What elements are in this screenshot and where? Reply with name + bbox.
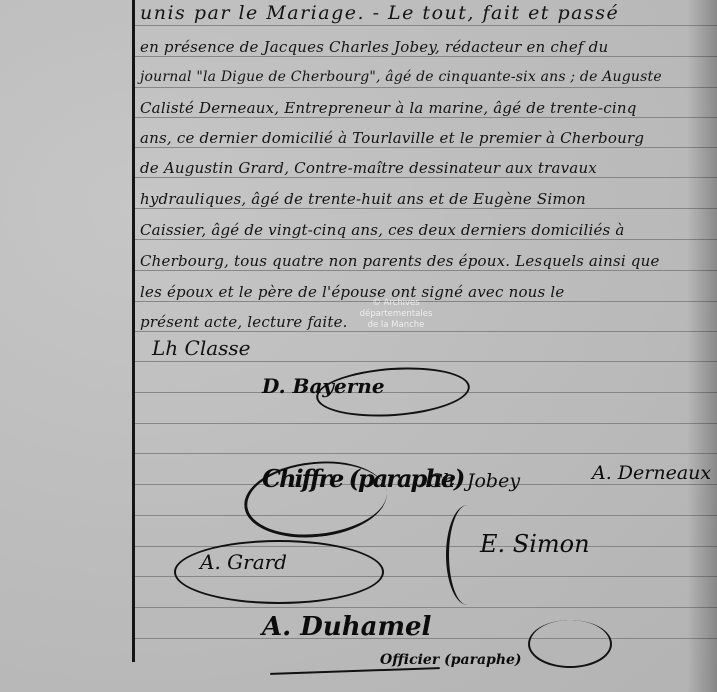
- record-line: journal "la Digue de Cherbourg", âgé de …: [140, 69, 662, 85]
- archive-watermark: © Archives départementales de la Manche: [336, 298, 456, 331]
- record-line: Calisté Derneaux, Entrepreneur à la mari…: [140, 99, 637, 117]
- signature-flourish: [528, 620, 612, 668]
- record-line: ans, ce dernier domicilié à Tourlaville …: [140, 129, 644, 147]
- ruled-line: [135, 607, 717, 608]
- signature-simon: E. Simon: [480, 530, 590, 558]
- signature-bayerne: D. Bayerne: [262, 374, 385, 398]
- ruled-line: [135, 87, 717, 88]
- ruled-line: [135, 270, 717, 271]
- ruled-line: [135, 177, 717, 178]
- signature-grard: A. Grard: [200, 550, 287, 574]
- record-line: hydrauliques, âgé de trente-huit ans et …: [140, 190, 586, 208]
- ruled-line: [135, 25, 717, 26]
- ruled-line: [135, 56, 717, 57]
- record-line: de Augustin Grard, Contre-maître dessina…: [140, 159, 597, 177]
- ruled-line: [135, 423, 717, 424]
- ruled-line: [135, 208, 717, 209]
- signature-derneaux: A. Derneaux: [592, 462, 711, 484]
- record-line: unis par le Mariage. - Le tout, fait et …: [140, 2, 619, 24]
- ruled-line: [135, 515, 717, 516]
- ruled-line: [135, 453, 717, 454]
- signature-underline: [270, 667, 440, 675]
- document-page: unis par le Mariage. - Le tout, fait et …: [0, 0, 717, 692]
- record-line: en présence de Jacques Charles Jobey, ré…: [140, 38, 608, 56]
- class-annotation: Lh Classe: [152, 336, 251, 360]
- ruled-line: [135, 361, 717, 362]
- record-line: Cherbourg, tous quatre non parents des é…: [140, 252, 660, 270]
- record-line: Caissier, âgé de vingt-cinq ans, ces deu…: [140, 221, 625, 239]
- signature-duhamel: A. Duhamel: [262, 612, 431, 642]
- ruled-line: [135, 239, 717, 240]
- signature-paraphe-officer: Officier (paraphe): [380, 652, 522, 668]
- ruled-line: [135, 331, 717, 332]
- ruled-line: [135, 117, 717, 118]
- record-line: présent acte, lecture faite.: [140, 313, 348, 331]
- ruled-line: [135, 147, 717, 148]
- signature-jobey: Ch. Jobey: [428, 470, 520, 492]
